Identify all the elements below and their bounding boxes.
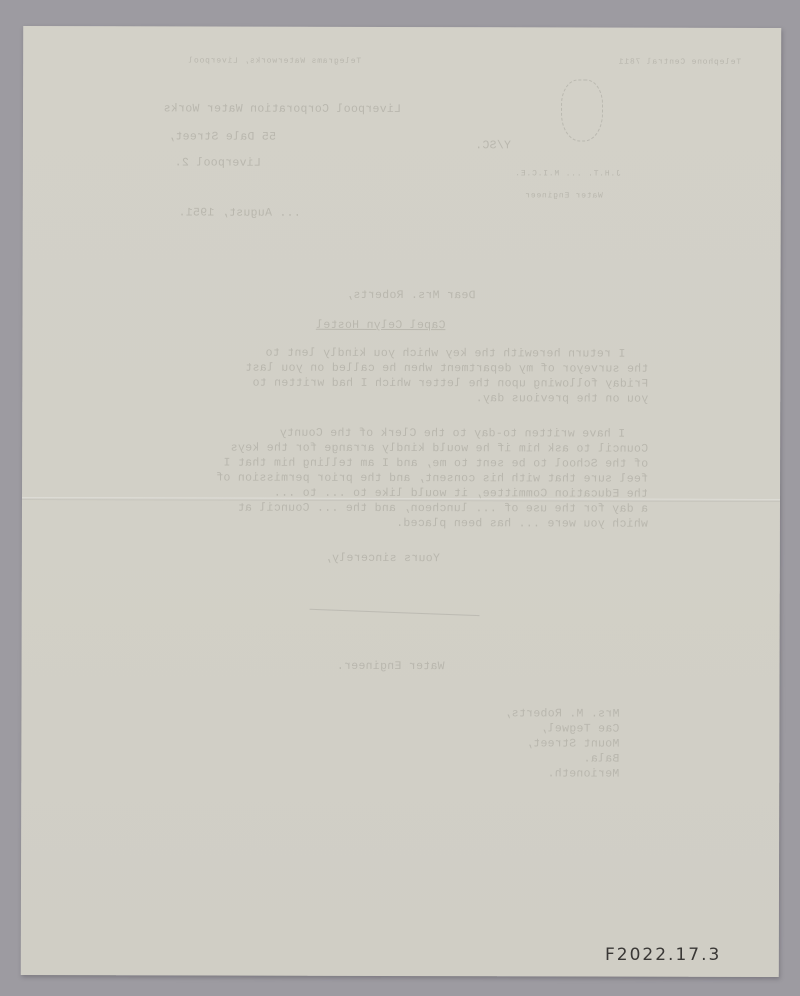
letterhead-organisation: Liverpool Corporation Water Works [163, 102, 401, 116]
address-line: Merioneth. [547, 767, 619, 780]
address-line: Mount Street, [526, 737, 620, 750]
paragraph-line: I have written to-day to the Clerk of th… [280, 427, 626, 441]
paragraph-line: I return herewith the key which you kind… [265, 347, 625, 361]
accession-number: F2022.17.3 [605, 945, 721, 965]
letterhead-city: Liverpool 2. [174, 156, 260, 169]
address-line: Bala. [583, 752, 619, 765]
engineer-title: Water Engineer [524, 191, 602, 200]
paragraph-2: I have written to-day to the Clerk of th… [23, 26, 781, 28]
reference: Y/SC. [475, 139, 511, 152]
subject-heading: Capel Celyn Hostel [316, 319, 446, 332]
paragraph-line: the surveyor of my department when he ca… [245, 362, 648, 376]
paragraph-line: Friday following upon the letter which I… [252, 377, 648, 391]
city-crest-icon [561, 79, 603, 141]
paragraph-line: feel sure that with his consent, and the… [216, 472, 648, 486]
engineer-name: J.H.T. ... M.I.C.E. [514, 169, 620, 178]
paragraph-line: a day for the use of ... luncheon, and t… [237, 502, 648, 516]
salutation: Dear Mrs. Roberts, [346, 289, 476, 302]
letterhead-telephone: Telephone Central 7811 [618, 58, 741, 67]
signature [310, 599, 480, 616]
letter-sheet: Telephone Central 7811 Telegrams Waterwo… [21, 26, 781, 977]
paragraph-line: Council to ask him if he would kindly ar… [230, 442, 648, 456]
address-line: Cae Tegwel, [540, 722, 619, 735]
address-line: Mrs. M. Roberts, [504, 707, 619, 720]
signatory-title: Water Engineer. [337, 660, 445, 673]
mirrored-text-layer: Telephone Central 7811 Telegrams Waterwo… [21, 26, 781, 977]
paragraph-line: the Education Committee, it would like t… [274, 487, 649, 501]
letterhead-street: 55 Dale Street, [168, 130, 276, 143]
paragraph-line: of the School to be sent to me, and I am… [223, 457, 648, 471]
recipient-address: Mrs. M. Roberts, Cae Tegwel, Mount Stree… [23, 26, 781, 28]
letterhead-telegrams: Telegrams Waterworks, Liverpool [188, 56, 362, 65]
paragraph-line: which you were ... has been placed. [396, 517, 648, 531]
closing: Yours sincerely, [325, 552, 440, 565]
letter-date: ... August, 1951. [178, 206, 300, 219]
paragraph-1: I return herewith the key which you kind… [23, 26, 781, 28]
paragraph-line: you on the previous day. [475, 392, 648, 405]
